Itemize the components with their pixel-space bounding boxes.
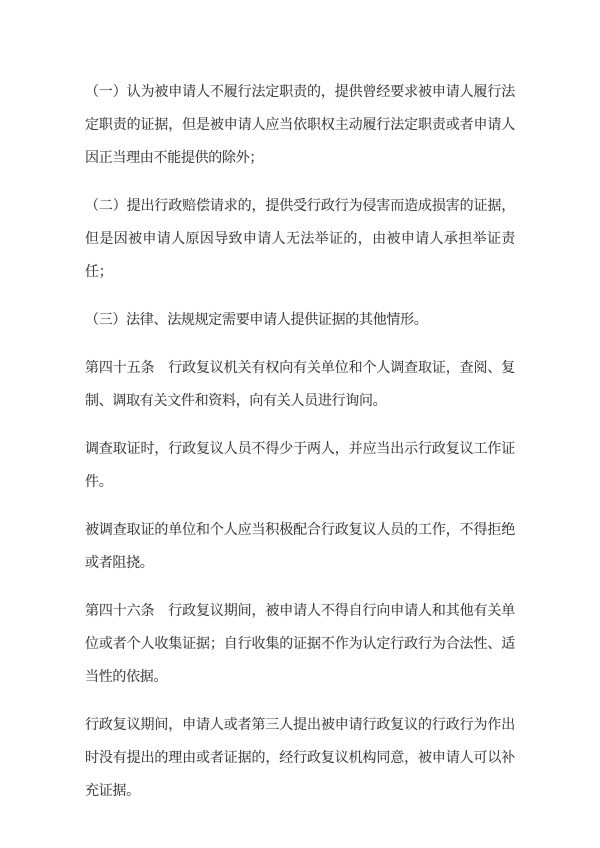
paragraph-item-1: （一）认为被申请人不履行法定职责的，提供曾经要求被申请人履行法定职责的证据，但是… [85,76,515,175]
paragraph-article-46: 第四十六条 行政复议期间，被申请人不得自行向申请人和其他有关单位或者个人收集证据… [85,595,515,694]
paragraph-article-46-clause-2: 行政复议期间，申请人或者第三人提出被申请行政复议的行政行为作出时没有提出的理由或… [85,709,515,808]
paragraph-item-2: （二）提出行政赔偿请求的，提供受行政行为侵害而造成损害的证据，但是因被申请人原因… [85,190,515,289]
paragraph-article-45-clause-3: 被调查取证的单位和个人应当积极配合行政复议人员的工作，不得拒绝或者阻挠。 [85,514,515,580]
paragraph-item-3: （三）法律、法规规定需要申请人提供证据的其他情形。 [85,304,515,337]
document-page: （一）认为被申请人不履行法定职责的，提供曾经要求被申请人履行法定职责的证据，但是… [0,0,600,848]
paragraph-article-45: 第四十五条 行政复议机关有权向有关单位和个人调查取证，查阅、复制、调取有关文件和… [85,352,515,418]
paragraph-article-45-clause-2: 调查取证时，行政复议人员不得少于两人，并应当出示行政复议工作证件。 [85,433,515,499]
